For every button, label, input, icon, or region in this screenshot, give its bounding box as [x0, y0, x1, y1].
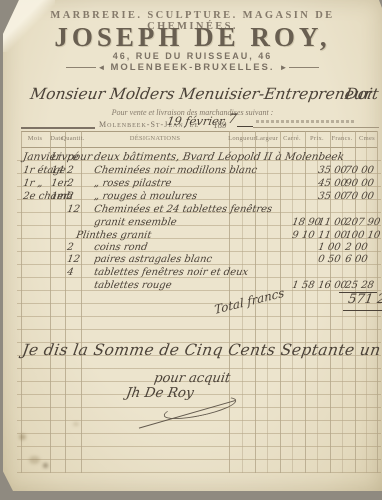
cell-mois: 1r „ [22, 178, 43, 189]
table-row: 4 tablettes fenêtres noir et deux [3, 267, 382, 280]
amount-in-words: Je dis la Somme de Cinq Cents Septante u… [21, 341, 382, 359]
acquit-note: pour acquit [153, 371, 231, 386]
cell-francs: 2 00 [344, 242, 368, 253]
cell-designation: deux bâtiments, Bvard Léopold II à Molen… [93, 151, 345, 163]
cell-francs: 70 00 [344, 191, 374, 202]
table-row: 2e chamb 1er 2 „ rouges à moulures 35 00… [3, 191, 382, 204]
amount-in-words-text: Je dis la Somme de Cinq Cents Septante u… [21, 341, 382, 359]
dateline-rule [21, 127, 95, 129]
col-header-longueur: Longueur [228, 135, 256, 142]
col-header-prix: Prix. [310, 135, 324, 142]
fine-print-illegible [256, 120, 354, 123]
cell-francs: 100 10 [344, 230, 381, 241]
cell-designation: Plinthes granit [75, 230, 152, 241]
cell-designation: paires astragales blanc [93, 254, 213, 265]
col-header-mois: Mois [28, 135, 43, 142]
total-underline [343, 310, 382, 311]
cell-qty: 2 [66, 178, 74, 189]
invoice-sheet: MARBRERIE. SCULPTURE. MAGASIN DE CHEMINÉ… [3, 0, 382, 491]
col-header-francs: Francs. [331, 135, 352, 142]
table-row: 12 paires astragales blanc 0 50 6 00 [3, 254, 382, 267]
table-row: granit ensemble 18 90 11 00 207 90 [3, 217, 382, 230]
cell-prix: 11 00 [317, 217, 347, 228]
col-header-carre: Carré. [283, 135, 301, 142]
cell-francs: 207 90 [344, 217, 381, 228]
cell-prix: 16 00 [317, 280, 347, 291]
paper-stain [43, 463, 48, 468]
business-city: MOLENBEEK-BRUXELLES. [110, 62, 274, 73]
arrow-left-icon: ◄ [98, 64, 106, 72]
cell-designation: „ rouges à moulures [93, 191, 198, 202]
business-name: JOSEPH DE ROY, [3, 22, 382, 53]
doit-label: Doit [344, 85, 380, 103]
cell-qty: 12 [66, 204, 80, 215]
cell-designation: tablettes fenêtres noir et deux [93, 267, 249, 278]
recipient-line: Monsieur Molders Menuisier-Entrepreneur … [29, 85, 380, 103]
signature: Jh De Roy [125, 385, 195, 401]
dateline-year-printed: 189 [213, 120, 227, 130]
fine-print-rule [253, 127, 379, 128]
business-city-row: ◄ MOLENBEEK-BRUXELLES. ► [3, 62, 382, 73]
cell-qty: 4 [66, 267, 74, 278]
cell-carre: 9 10 [291, 230, 315, 241]
cell-qty: pour [66, 151, 93, 163]
cell-prix: 0 50 [317, 254, 341, 265]
cell-qty: 2 [66, 165, 74, 176]
cell-qty: 2 [66, 242, 74, 253]
business-address: 46, RUE DU RUISSEAU, 46 [3, 51, 382, 61]
cell-prix: 35 00 [317, 165, 347, 176]
table-row: tablettes rouge 1 58 16 00 25 28 [3, 280, 382, 293]
col-header-designations: DÉSIGNATIONS [130, 135, 181, 142]
table-row: 1r „ 1er 2 „ roses pilastre 45 00 90 00 [3, 178, 382, 191]
table-row: 1r étage 14 2 Cheminées noir modillons b… [3, 165, 382, 178]
cell-francs: 6 00 [344, 254, 368, 265]
paper-stain [29, 456, 40, 464]
ornament-rule-left [66, 67, 96, 68]
table-row: 12 Cheminées et 24 tablettes fenêtres [3, 204, 382, 217]
cell-designation: coins rond [93, 242, 148, 253]
cell-prix: 1 00 [317, 242, 341, 253]
col-header-largeur: Largeur [256, 135, 279, 142]
cell-francs: 90 00 [344, 178, 374, 189]
cell-qty: 2 [66, 191, 74, 202]
paper-stain [19, 434, 26, 440]
cell-prix: 11 00 [317, 230, 347, 241]
cell-designation: Cheminées et 24 tablettes fenêtres [93, 204, 273, 215]
col-header-quantite: Quantit. [61, 135, 85, 142]
cell-date: 14 [50, 165, 64, 176]
total-amount: 571 28 [347, 292, 382, 307]
cell-carre: 1 58 [291, 280, 315, 291]
cell-francs: 25 28 [344, 280, 374, 291]
recipient-name: Monsieur Molders Menuisier-Entrepreneur [29, 85, 373, 103]
cell-francs: 70 00 [344, 165, 374, 176]
dateline-year-handwritten: 7 [227, 112, 238, 127]
dateline-dash [237, 126, 253, 127]
paper-stain [73, 422, 79, 426]
ornament-rule-right [289, 67, 319, 68]
cell-qty: 12 [66, 254, 80, 265]
cell-designation: tablettes rouge [93, 280, 172, 291]
cell-designation: granit ensemble [93, 217, 177, 228]
col-header-cmes: Cmes [359, 135, 375, 142]
cell-designation: „ roses pilastre [93, 178, 172, 189]
cell-prix: 45 00 [317, 178, 347, 189]
arrow-right-icon: ► [280, 64, 288, 72]
cell-designation: Cheminées noir modillons blanc [93, 165, 258, 176]
table-row: Janvier Livré pour deux bâtiments, Bvard… [3, 151, 382, 164]
table-top-line [21, 131, 377, 132]
cell-prix: 35 00 [317, 191, 347, 202]
